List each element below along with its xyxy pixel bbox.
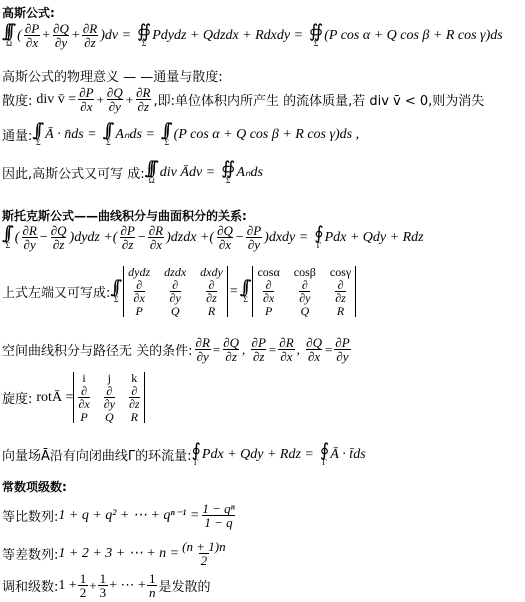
fraction: ∂Q∂x [304, 336, 324, 363]
math-token: 旋度: [2, 388, 32, 407]
fraction: ∂Q∂z [49, 224, 69, 251]
math-token: 1 − q [202, 515, 234, 529]
math-token: dzdx∂∂yQ [164, 266, 186, 317]
fraction: 13 [98, 572, 109, 599]
fraction: ∂P∂x [23, 22, 41, 49]
math-token: ∂Q [304, 336, 324, 349]
math-token: ∂Q [221, 336, 241, 349]
math-token: 通量: [2, 125, 32, 144]
math-token: dxdy∂∂zR [200, 266, 223, 317]
triple-integral-icon: ∫∫∫Ω [2, 23, 16, 48]
math-token: ∂P [118, 224, 136, 237]
math-token: = [213, 342, 220, 358]
math-token: Pdx + Qdy + Rdz [325, 230, 424, 246]
math-token: ∂P [23, 22, 41, 35]
double-integral-icon: ∫∫Σ [103, 122, 115, 147]
math-token: ∂R [20, 224, 38, 237]
math-token: cosγ [330, 266, 351, 279]
math-token: div Ādv = [160, 165, 215, 181]
math-token: ( [15, 230, 20, 246]
fraction: ∂R∂y [194, 336, 212, 363]
math-token: Σ [114, 296, 119, 304]
math-token: , [297, 342, 304, 358]
math-token: Γ [194, 459, 199, 467]
math-token: 空间曲线积分与路径无 关的条件: [2, 340, 193, 359]
math-token: ∂x [217, 237, 233, 251]
math-token: Ā · t̄ds [330, 447, 365, 463]
math-token: ∂y [299, 291, 310, 305]
stokes-determinant-form: 上式左端又可写成: ∫∫Σ dydz∂∂xP dzdx∂∂yQ dxdy∂∂zR… [2, 266, 356, 317]
math-token: ∂z [136, 99, 151, 113]
math-token: ∂P [245, 224, 263, 237]
contour-integral-icon: ∮Γ [314, 225, 323, 250]
math-token: 1 [78, 572, 89, 585]
math-token: 1 − qⁿ [200, 502, 236, 515]
math-token: (P cos α + Q cos β + R cos γ)ds [324, 28, 502, 44]
math-token: ∂R [81, 22, 99, 35]
math-token: (n + 1)n [180, 540, 227, 553]
math-token: ∂ [302, 279, 308, 292]
fraction: 1n [147, 572, 158, 599]
math-token: ∂y [195, 349, 211, 363]
fraction: (n + 1)n2 [180, 540, 227, 567]
math-token: Σ [106, 139, 111, 147]
math-token: ∂x [278, 349, 294, 363]
math-token: ∂Q [49, 224, 69, 237]
math-token: div v̄ = [36, 92, 76, 108]
math-token: + [72, 28, 80, 44]
fraction: ∂P∂y [245, 224, 263, 251]
fraction: ∂P∂y [333, 336, 351, 363]
math-token: 因此,高斯公式又可写 成: [2, 163, 145, 182]
gauss-alt-form: 因此,高斯公式又可写 成: ∫∫∫Ω div Ādv = ∯Σ Aₙds [2, 160, 263, 185]
math-token: k [131, 372, 137, 385]
math-token: ∂x [306, 349, 322, 363]
math-token: 散度: [2, 90, 32, 109]
math-token: Σ [164, 139, 169, 147]
math-token: ∂R [134, 86, 152, 99]
math-token: )dxdy = [264, 230, 308, 246]
math-token: cosα∂∂xP [257, 266, 279, 317]
math-token: 向量场Ā沿有向闭曲线Γ的环流量: [2, 445, 192, 464]
math-token: cosβ [294, 266, 316, 279]
series-heading: 常数项级数: [2, 478, 67, 495]
contour-integral-icon: ∮Γ [320, 442, 329, 467]
math-token: , [242, 342, 249, 358]
math-token: 2 [78, 585, 89, 599]
math-token: Σ [36, 139, 41, 147]
math-token: (P cos α + Q cos β + R cos γ)ds , [174, 127, 359, 143]
math-token: Aₙds [236, 164, 263, 181]
math-token: 是发散的 [158, 576, 210, 595]
math-token: 调和级数: [2, 576, 58, 595]
triple-integral-icon: ∫∫∫Ω [145, 160, 159, 185]
arithmetic-series-line: 等差数列: 1 + 2 + 3 + ⋯ + n = (n + 1)n2 [2, 540, 229, 567]
math-token: Aₙds = [115, 126, 155, 143]
determinant-matrix: i∂∂xP j∂∂yQ k∂∂zR [73, 372, 144, 423]
math-token: ∂R [194, 336, 212, 349]
fraction: ∂R∂x [277, 336, 295, 363]
math-token: ∂ [131, 385, 137, 398]
math-token: + [97, 92, 104, 108]
math-token: P [80, 411, 87, 424]
math-token: − [138, 230, 146, 246]
fraction: ∂R∂y [20, 224, 38, 251]
math-token: j∂∂yQ [104, 372, 115, 423]
math-token: i∂∂xP [78, 372, 89, 423]
math-token: 1 + [58, 578, 76, 594]
math-token: Γ [317, 242, 322, 250]
math-token: dydz∂∂xP [128, 266, 150, 317]
math-token: 等差数列: [2, 544, 58, 563]
math-token: 1 [147, 572, 158, 585]
math-token: ∂x [148, 237, 164, 251]
math-token: P [135, 305, 142, 318]
math-token: 3 [98, 585, 109, 599]
fraction: ∂R∂z [134, 86, 152, 113]
fraction: ∂Q∂x [215, 224, 235, 251]
curl-line: 旋度: rotĀ = i∂∂xP j∂∂yQ k∂∂zR [2, 372, 145, 423]
math-token: Σ [226, 177, 231, 185]
stokes-formula: ∫∫Σ ( ∂R∂y − ∂Q∂z )dydz +( ∂P∂z − ∂R∂x )… [2, 224, 424, 251]
math-token: k∂∂zR [129, 372, 140, 423]
fraction: ∂Q∂y [105, 86, 125, 113]
divergence-line: 散度: div v̄ = ∂P∂x + ∂Q∂y + ∂R∂z ,即:单位体积内… [2, 86, 484, 113]
circulation-line: 向量场Ā沿有向闭曲线Γ的环流量: ∮Γ Pdx + Qdy + Rdz = ∮Γ… [2, 442, 366, 467]
math-token: ∂y [334, 349, 350, 363]
math-token: R [208, 305, 215, 318]
math-token: ∂ [209, 279, 215, 292]
math-token: ∂x [134, 291, 145, 305]
math-token: P [265, 305, 272, 318]
math-token: − [40, 230, 48, 246]
math-token: ∂x [78, 99, 94, 113]
math-token: ∂y [22, 237, 38, 251]
stokes-heading: 斯托克斯公式——曲线积分与曲面积分的关系: [2, 207, 247, 224]
math-token: ∂ [338, 279, 344, 292]
math-token: 等比数列: [2, 506, 58, 525]
math-token: ∂Q [51, 22, 71, 35]
fraction: 12 [78, 572, 89, 599]
contour-integral-icon: ∮Γ [192, 442, 201, 467]
math-token: Σ [142, 40, 147, 48]
math-token: n [147, 585, 158, 599]
math-token: ∂Q [215, 224, 235, 237]
math-token: = [230, 284, 238, 300]
math-token: Ā · n̄ds = [45, 127, 96, 143]
math-token: ∂z [82, 35, 97, 49]
math-token: ∂ [136, 279, 142, 292]
math-token: ∂ [81, 385, 87, 398]
math-token: = [269, 342, 276, 358]
math-token: ∂ [266, 279, 272, 292]
math-token: rotĀ = [36, 390, 73, 406]
math-token: dxdy [200, 266, 223, 279]
math-token: 1 [98, 572, 109, 585]
math-token: ∂ [172, 279, 178, 292]
path-independence-line: 空间曲线积分与路径无 关的条件: ∂R∂y = ∂Q∂z , ∂P∂z = ∂R… [2, 336, 353, 363]
geometric-series-line: 等比数列: 1 + q + q² + ⋯ + qⁿ⁻¹ = 1 − qⁿ1 − … [2, 502, 238, 529]
math-token: ∂y [107, 99, 123, 113]
math-token: cosγ∂∂zR [330, 266, 351, 317]
math-token: dzdx [164, 266, 186, 279]
fraction: ∂Q∂z [221, 336, 241, 363]
math-token: ∂y [104, 397, 115, 411]
math-token: ∂R [147, 224, 165, 237]
closed-surface-integral-icon: ∯Σ [221, 160, 235, 185]
math-token: ∂R [277, 336, 295, 349]
math-token: ∂P [250, 336, 268, 349]
math-token: Σ [243, 296, 248, 304]
flux-line: 通量: ∫∫Σ Ā · n̄ds = ∫∫Σ Aₙds = ∫∫Σ (P cos… [2, 122, 359, 147]
math-token: + [42, 28, 50, 44]
math-token: )dv = [100, 28, 131, 44]
math-token: + ⋯ + [109, 577, 146, 594]
math-token: Ω [149, 177, 155, 185]
math-token: ∂x [24, 35, 40, 49]
fraction: 1 − qⁿ1 − q [200, 502, 236, 529]
math-token: Ω [6, 40, 12, 48]
math-token: )dzdx +( [166, 230, 214, 246]
math-token: Pdydz + Qdzdx + Rdxdy = [152, 28, 303, 44]
math-token: Γ [322, 459, 327, 467]
math-token: R [131, 411, 138, 424]
fraction: ∂R∂x [147, 224, 165, 251]
math-token: i [82, 372, 85, 385]
fraction: ∂P∂z [250, 336, 268, 363]
math-token: + [126, 92, 133, 108]
math-token: = [325, 342, 332, 358]
math-token: ,即:单位体积内所产生 的流体质量,若 div v̄ < 0,则为消失 [153, 90, 484, 109]
fraction: ∂P∂x [77, 86, 95, 113]
math-token: )dydz +( [70, 230, 118, 246]
math-token: Σ [314, 40, 319, 48]
math-token: Q [171, 305, 180, 318]
math-token: ∂P [77, 86, 95, 99]
double-integral-icon: ∫∫Σ [110, 279, 122, 304]
math-token: − [236, 230, 244, 246]
double-integral-icon: ∫∫Σ [32, 122, 44, 147]
math-token: ∂z [129, 397, 140, 411]
math-token: ∂ [106, 385, 112, 398]
math-token: 上式左端又可写成: [2, 282, 110, 301]
math-token: ∂x [78, 397, 89, 411]
math-token: R [337, 305, 344, 318]
math-token: j [108, 372, 111, 385]
closed-surface-integral-icon: ∯Σ [137, 23, 151, 48]
math-token: ∂Q [105, 86, 125, 99]
math-token: ∂y [246, 237, 262, 251]
math-token: ∂z [335, 291, 346, 305]
math-token: cosβ∂∂yQ [294, 266, 316, 317]
math-token: ∂z [223, 349, 238, 363]
math-token: ∂y [53, 35, 69, 49]
double-integral-icon: ∫∫Σ [161, 122, 173, 147]
fraction: ∂R∂z [81, 22, 99, 49]
math-token: ∂y [170, 291, 181, 305]
math-token: + [89, 578, 96, 594]
math-token: ∂z [206, 291, 217, 305]
math-token: Q [105, 411, 114, 424]
gauss-heading: 高斯公式: [2, 4, 55, 21]
math-token: Q [301, 305, 310, 318]
math-token: ∂z [251, 349, 266, 363]
math-token: 1 + 2 + 3 + ⋯ + n = [58, 545, 179, 562]
math-token: ∂P [333, 336, 351, 349]
math-token: ∂z [51, 237, 66, 251]
math-token: 2 [199, 553, 210, 567]
fraction: ∂Q∂y [51, 22, 71, 49]
math-token: 1 + q + q² + ⋯ + qⁿ⁻¹ = [58, 507, 199, 524]
closed-surface-integral-icon: ∯Σ [309, 23, 323, 48]
gauss-meaning: 高斯公式的物理意义 — —通量与散度: [2, 66, 223, 85]
fraction: ∂P∂z [118, 224, 136, 251]
math-token: ( [17, 28, 22, 44]
determinant-matrix: cosα∂∂xP cosβ∂∂yQ cosγ∂∂zR [252, 266, 356, 317]
harmonic-series-line: 调和级数: 1 + 12 + 13 + ⋯ + 1n 是发散的 [2, 572, 210, 599]
math-token: ∂z [120, 237, 135, 251]
math-token: dydz [128, 266, 150, 279]
math-token: cosα [257, 266, 279, 279]
double-integral-icon: ∫∫Σ [240, 279, 252, 304]
double-integral-icon: ∫∫Σ [2, 225, 14, 250]
gauss-formula: ∫∫∫Ω ( ∂P∂x + ∂Q∂y + ∂R∂z )dv = ∯Σ Pdydz… [2, 22, 503, 49]
determinant-matrix: dydz∂∂xP dzdx∂∂yQ dxdy∂∂zR [123, 266, 228, 317]
math-token: Σ [6, 242, 11, 250]
math-token: ∂x [263, 291, 274, 305]
math-token: Pdx + Qdy + Rdz = [202, 447, 314, 463]
